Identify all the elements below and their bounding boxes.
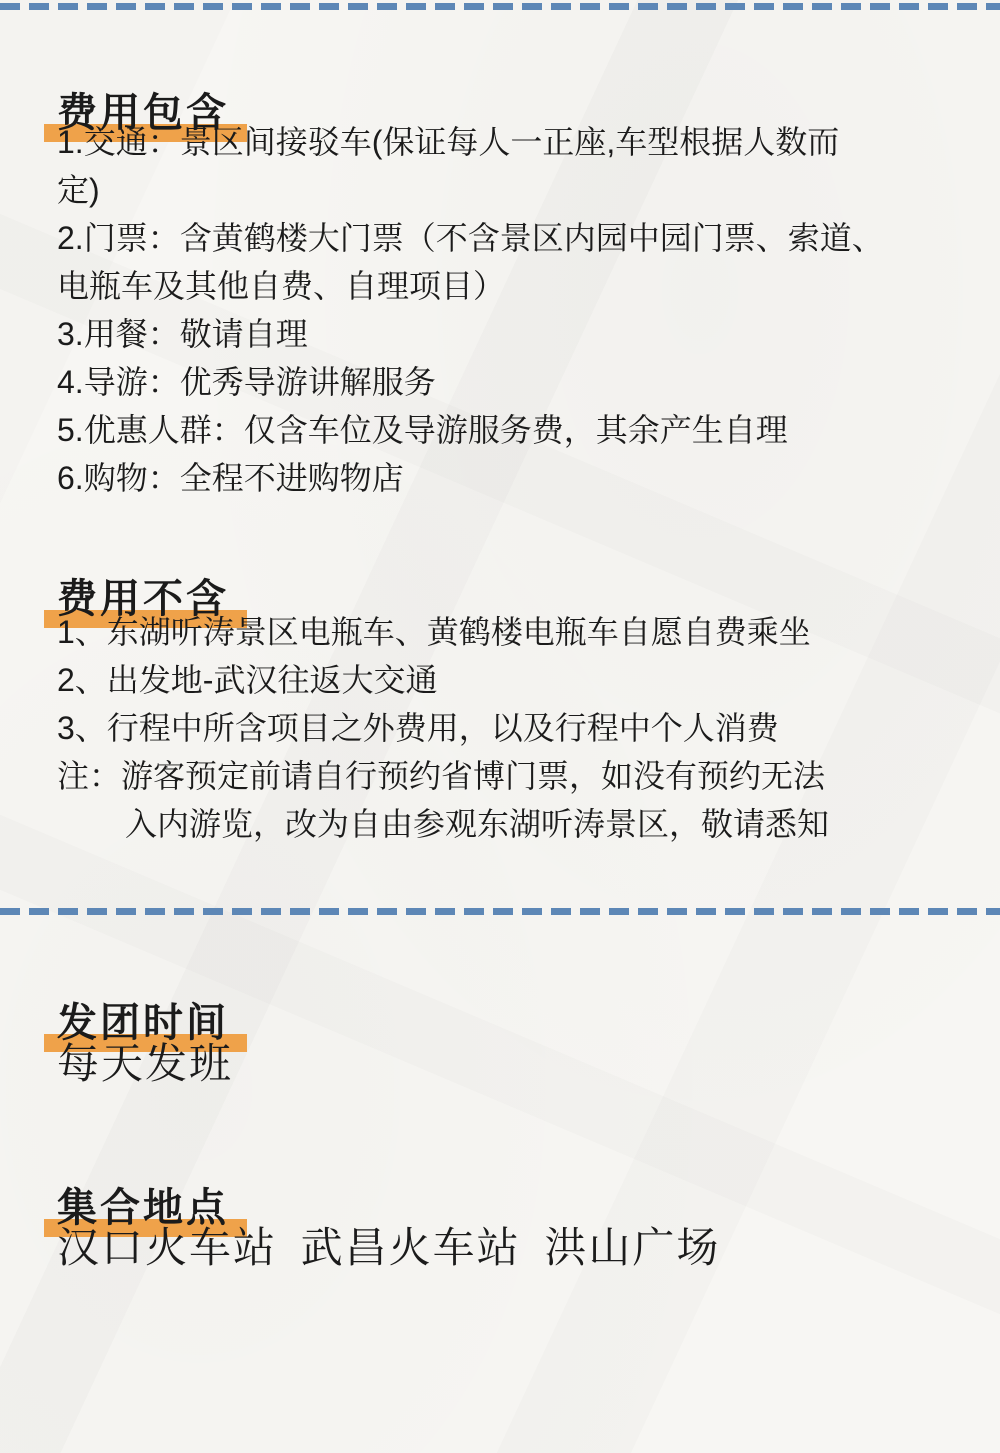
heading-text: 集合地点 [57, 1186, 229, 1230]
fees-not-included-line: 2、出发地-武汉往返大交通 [57, 656, 970, 704]
dashed-divider-middle [0, 908, 1000, 915]
heading-text: 发团时间 [57, 1001, 229, 1045]
fees-included-line: 定) [57, 166, 970, 214]
fees-included-line: 2.门票：含黄鹤楼大门票（不含景区内园中园门票、索道、 [57, 214, 970, 262]
fees-included-line: 5.优惠人群：仅含车位及导游服务费，其余产生自理 [57, 406, 970, 454]
section-heading-fees-included: 费用包含 [57, 91, 229, 135]
travel-notes-page: 费用包含 1.交通：景区间接驳车(保证每人一正座,车型根据人数而 定) 2.门票… [0, 0, 1000, 1453]
heading-text: 费用包含 [57, 91, 229, 135]
fees-not-included-list: 1、东湖听涛景区电瓶车、黄鹤楼电瓶车自愿自费乘坐 2、出发地-武汉往返大交通 3… [57, 608, 970, 848]
fees-included-line: 电瓶车及其他自费、自理项目） [57, 262, 970, 310]
section-heading-departure-time: 发团时间 [57, 1001, 229, 1045]
fees-included-line: 3.用餐：敬请自理 [57, 310, 970, 358]
fees-included-line: 6.购物：全程不进购物店 [57, 454, 970, 502]
section-heading-fees-not-included: 费用不含 [57, 577, 229, 621]
heading-text: 费用不含 [57, 577, 229, 621]
dashed-divider-top [0, 3, 1000, 10]
fees-not-included-note-line: 入内游览，改为自由参观东湖听涛景区，敬请悉知 [57, 800, 970, 848]
fees-included-list: 1.交通：景区间接驳车(保证每人一正座,车型根据人数而 定) 2.门票：含黄鹤楼… [57, 118, 970, 502]
section-heading-meeting-point: 集合地点 [57, 1186, 229, 1230]
departure-time-value: 每天发班 [57, 1038, 233, 1090]
fees-included-line: 4.导游：优秀导游讲解服务 [57, 358, 970, 406]
fees-not-included-line: 3、行程中所含项目之外费用，以及行程中个人消费 [57, 704, 970, 752]
fees-not-included-note-line: 注：游客预定前请自行预约省博门票，如没有预约无法 [57, 752, 970, 800]
